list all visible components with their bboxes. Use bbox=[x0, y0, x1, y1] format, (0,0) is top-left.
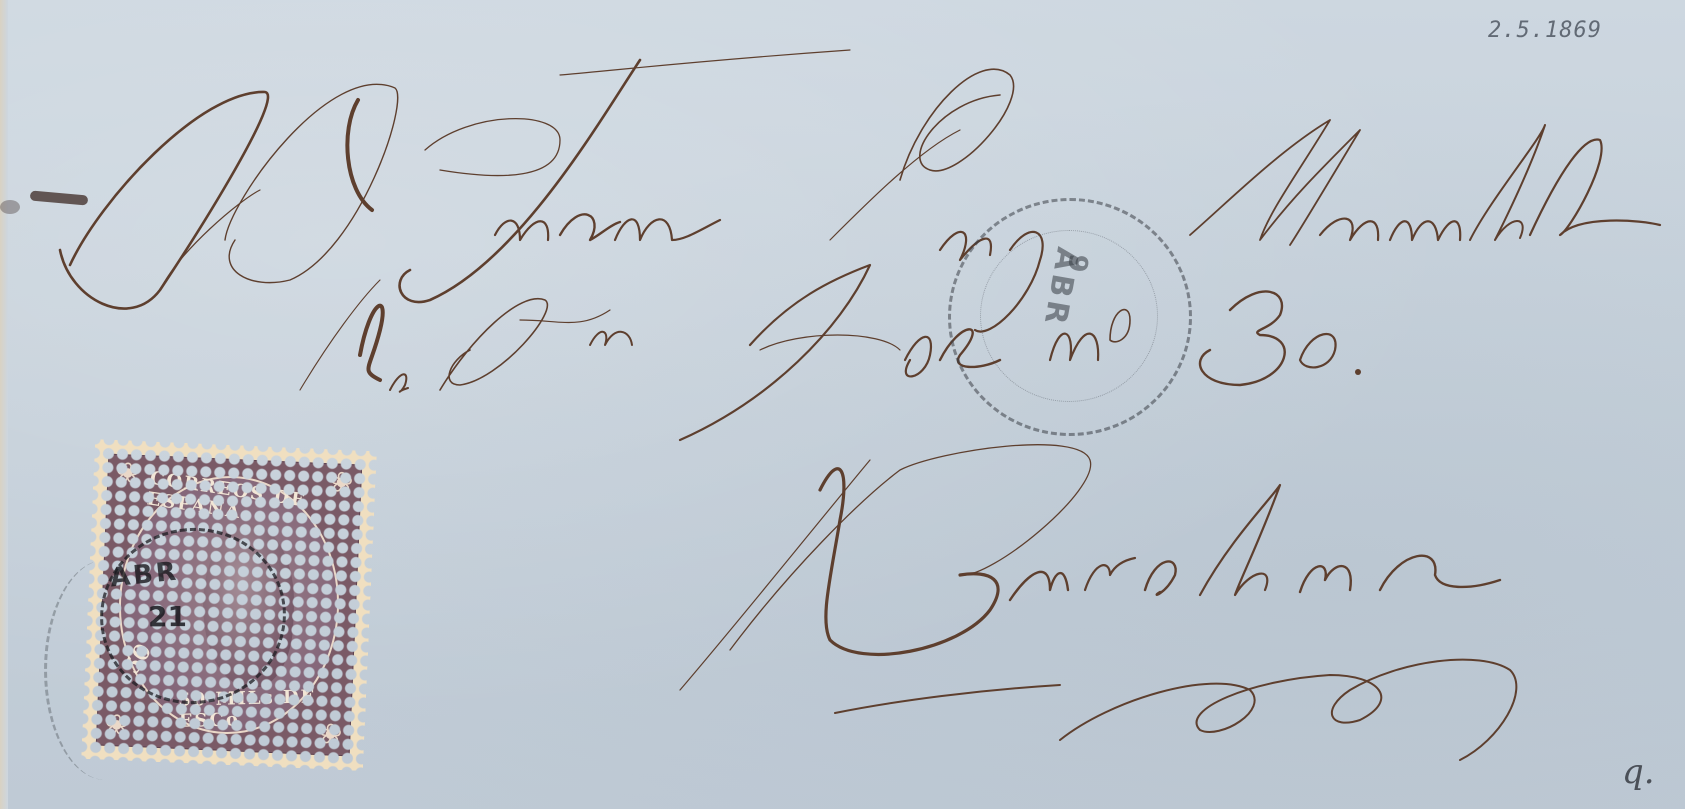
stamp-cancel-day: 21 bbox=[148, 600, 187, 633]
address-line-2: de S.n José n.o 30. bbox=[300, 320, 309, 321]
ornament-icon: ❀ bbox=[110, 457, 145, 492]
ornament-icon: ❀ bbox=[99, 708, 134, 743]
address-line-1: S. D. Juan Puig Mamble bbox=[60, 180, 72, 181]
address-line-3: Barcelona bbox=[820, 560, 825, 561]
envelope: 2.5.1869 q. bbox=[0, 0, 1685, 809]
